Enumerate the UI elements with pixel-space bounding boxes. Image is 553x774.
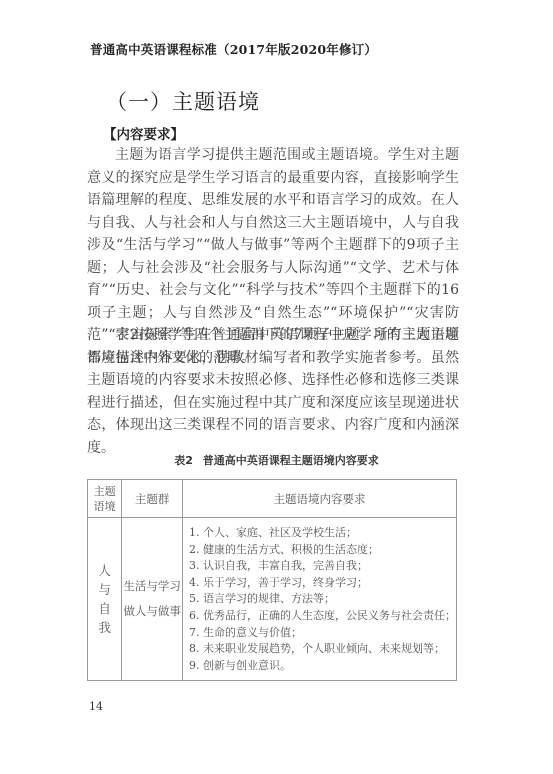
requirement-item: 7. 生命的意义与价值；	[189, 625, 456, 642]
section-title: （一）主题语境	[106, 86, 260, 116]
context-char: 与	[88, 580, 121, 599]
requirements-list: 1. 个人、家庭、社区及学校生活； 2. 健康的生活方式、积极的生活态度； 3.…	[183, 518, 456, 680]
theme-context-table: 主题 语境 主题群 主题语境内容要求 人 与 自 我 生活与学习 做人与做事 1…	[87, 479, 457, 681]
page-number: 14	[89, 700, 103, 713]
table-caption: 表2 普通高中英语课程主题语境内容要求	[0, 452, 553, 468]
running-header-title: 普通高中英语课程标准（2017年版2020年修订）	[90, 40, 377, 58]
requirement-item: 3. 认识自我，丰富自我，完善自我；	[189, 558, 456, 575]
theme-group-life-study: 生活与学习	[122, 574, 182, 599]
theme-group-conduct: 做人与做事	[122, 599, 182, 624]
header-theme-group: 主题群	[122, 480, 183, 518]
context-char: 人	[88, 561, 121, 580]
header-theme-context-line2: 语境	[88, 499, 121, 514]
requirement-item: 8. 未来职业发展趋势，个人职业倾向、未来规划等；	[189, 641, 456, 658]
table-header-row: 主题 语境 主题群 主题语境内容要求	[88, 480, 457, 518]
requirement-item: 5. 语言学习的规律、方法等；	[189, 591, 456, 608]
theme-group-cell: 生活与学习 做人与做事	[122, 518, 183, 681]
context-cell-self: 人 与 自 我	[88, 518, 122, 681]
content-requirement-label: 【内容要求】	[103, 123, 184, 143]
context-char: 自	[88, 599, 121, 618]
requirement-item: 1. 个人、家庭、社区及学校生活；	[189, 525, 456, 542]
requirements-cell: 1. 个人、家庭、社区及学校生活； 2. 健康的生活方式、积极的生活态度； 3.…	[183, 518, 457, 681]
body-paragraph-2: 表2按照学生在普通高中英语课程中应学习的三大主题语境描述内容要求，供教材编写者和…	[87, 324, 459, 459]
header-theme-context: 主题 语境	[88, 480, 122, 518]
requirement-item: 9. 创新与创业意识。	[189, 658, 456, 675]
context-char: 我	[88, 618, 121, 637]
header-requirements: 主题语境内容要求	[183, 480, 457, 518]
table-row: 人 与 自 我 生活与学习 做人与做事 1. 个人、家庭、社区及学校生活； 2.…	[88, 518, 457, 681]
header-theme-context-line1: 主题	[88, 484, 121, 499]
requirement-item: 4. 乐于学习，善于学习，终身学习；	[189, 575, 456, 592]
requirement-item: 6. 优秀品行，正确的人生态度，公民义务与社会责任；	[189, 608, 456, 625]
requirement-item: 2. 健康的生活方式、积极的生活态度；	[189, 542, 456, 559]
